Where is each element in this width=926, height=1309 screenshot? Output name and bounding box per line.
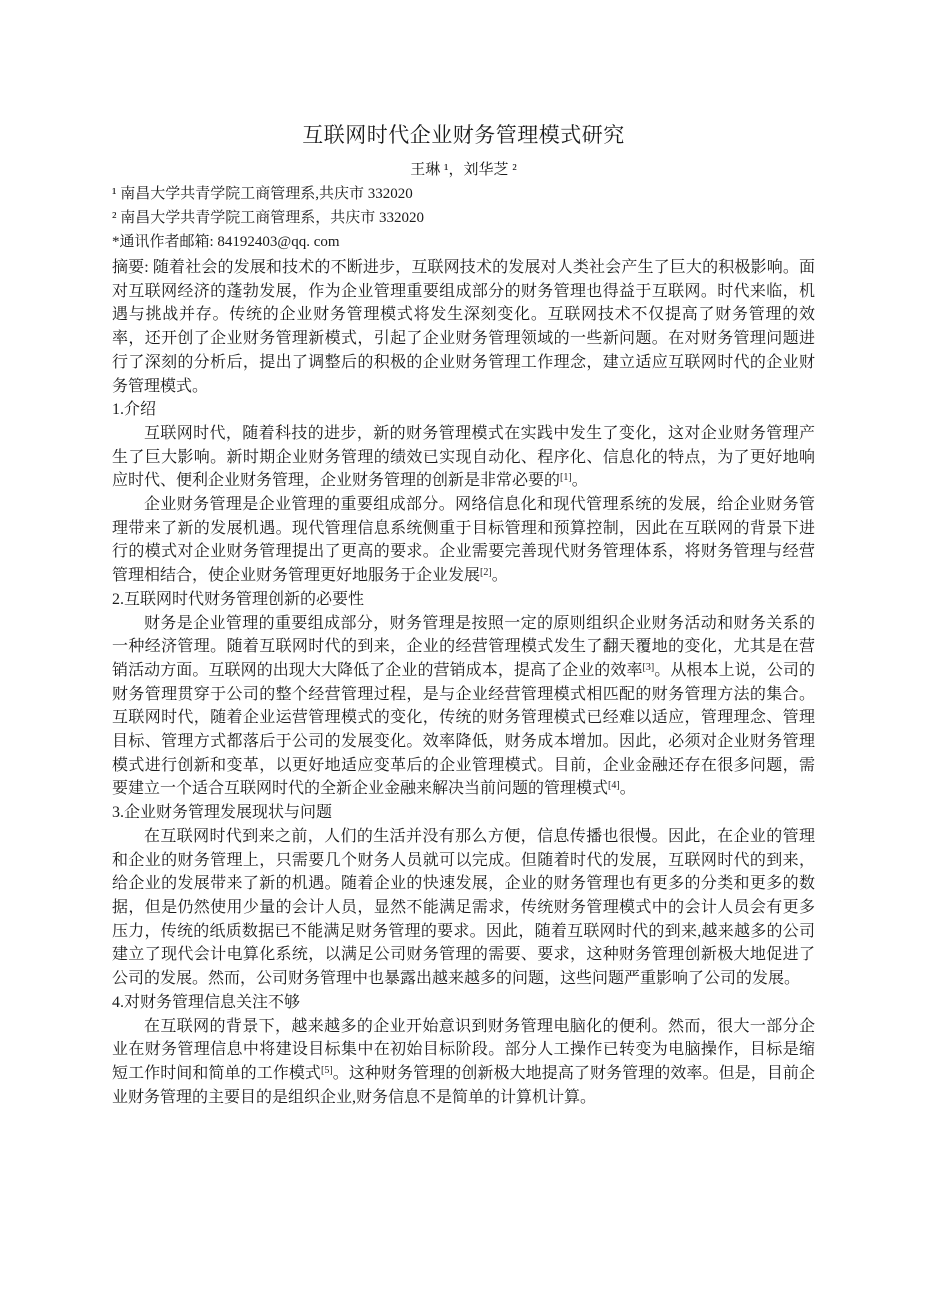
citation-marker: [1] (560, 472, 572, 483)
citation-marker: [3] (643, 662, 655, 673)
section-1-paragraph-2: 企业财务管理是企业管理的重要组成部分。网络信息化和现代管理系统的发展，给企业财务… (112, 493, 815, 588)
section-4-heading: 4.对财务管理信息关注不够 (112, 991, 815, 1015)
section-1-heading: 1.介绍 (112, 398, 815, 422)
abstract-paragraph: 摘要: 随着社会的发展和技术的不断进步，互联网技术的发展对人类社会产生了巨大的积… (112, 256, 815, 398)
affiliation-1: ¹ 南昌大学共青学院工商管理系,共庆市 332020 (112, 182, 815, 206)
authors-line: 王琳 ¹，刘华芝 ² (112, 158, 815, 182)
citation-marker: [2] (480, 567, 492, 578)
correspondence-email: *通讯作者邮箱: 84192403@qq. com (112, 230, 815, 254)
document-page: 互联网时代企业财务管理模式研究 王琳 ¹，刘华芝 ² ¹ 南昌大学共青学院工商管… (112, 0, 815, 1109)
citation-marker: [5] (321, 1065, 333, 1076)
section-3-paragraph-1: 在互联网时代到来之前，人们的生活并没有那么方便，信息传播也很慢。因此，在企业的管… (112, 825, 815, 991)
citation-marker: [4] (608, 780, 620, 791)
affiliation-2: ² 南昌大学共青学院工商管理系，共庆市 332020 (112, 206, 815, 230)
section-2-heading: 2.互联网时代财务管理创新的必要性 (112, 588, 815, 612)
section-1-paragraph-1: 互联网时代，随着科技的进步，新的财务管理模式在实践中发生了变化，这对企业财务管理… (112, 422, 815, 493)
paper-title: 互联网时代企业财务管理模式研究 (112, 0, 815, 152)
section-3-heading: 3.企业财务管理发展现状与问题 (112, 801, 815, 825)
section-2-paragraph-1: 财务是企业管理的重要组成部分，财务管理是按照一定的原则组织企业财务活动和财务关系… (112, 612, 815, 802)
section-4-paragraph-1: 在互联网的背景下，越来越多的企业开始意识到财务管理电脑化的便利。然而，很大一部分… (112, 1015, 815, 1110)
